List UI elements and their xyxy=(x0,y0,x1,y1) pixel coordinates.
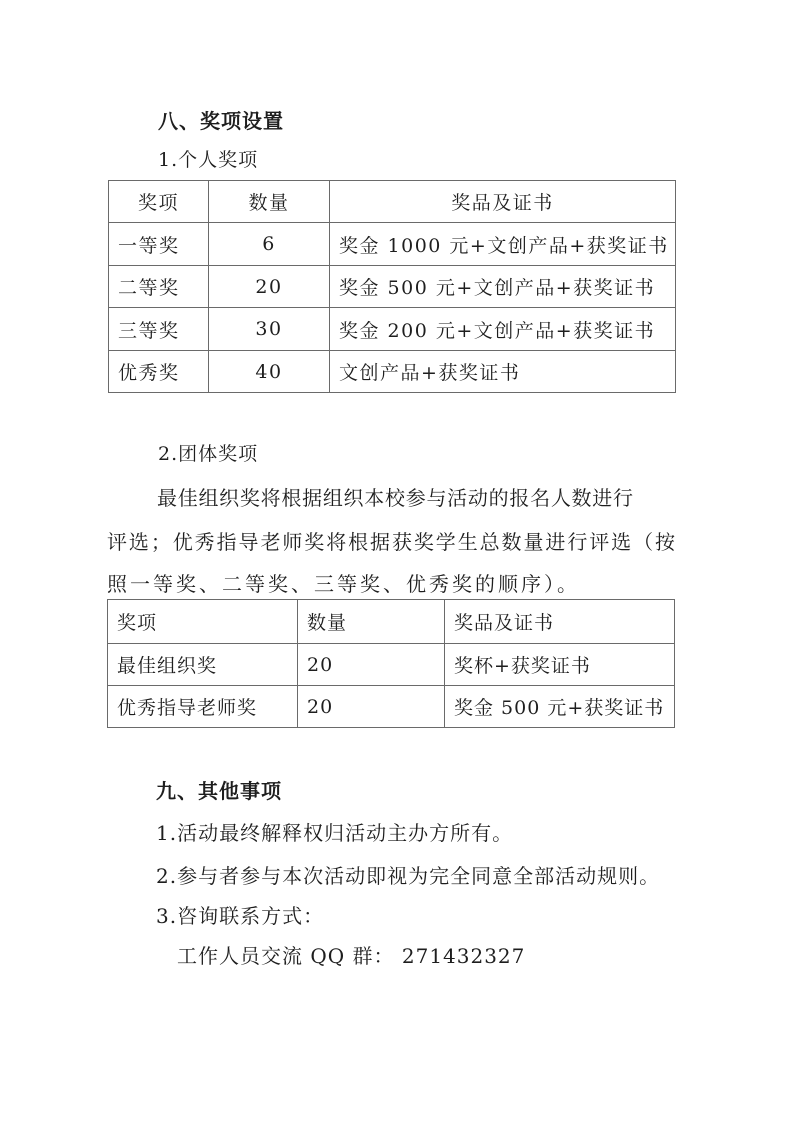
header-cell-award: 奖项 xyxy=(108,600,298,644)
cell-prize: 奖金 500 元+文创产品+获奖证书 xyxy=(330,266,676,308)
contact-qq-group: 工作人员交流 QQ 群： 271432327 xyxy=(177,940,525,969)
group-awards-table: 奖项 数量 奖品及证书 最佳组织奖 20 奖杯+获奖证书 优秀指导老师奖 20 … xyxy=(107,599,675,728)
cell-award: 优秀奖 xyxy=(109,351,209,393)
cell-award: 二等奖 xyxy=(109,266,209,308)
other-item-2: 2.参与者参与本次活动即视为完全同意全部活动规则。 xyxy=(156,860,660,889)
table-row: 优秀指导老师奖 20 奖金 500 元+获奖证书 xyxy=(108,686,675,728)
group-awards-paragraph-line-3: 照一等奖、二等奖、三等奖、优秀奖的顺序）。 xyxy=(107,568,580,597)
group-awards-paragraph-line-1: 最佳组织奖将根据组织本校参与活动的报名人数进行 xyxy=(157,482,633,511)
cell-prize: 奖金 200 元+文创产品+获奖证书 xyxy=(330,308,676,351)
section-9-heading: 九、其他事项 xyxy=(156,775,282,804)
header-cell-award: 奖项 xyxy=(109,181,209,223)
cell-quantity: 20 xyxy=(298,644,445,686)
group-awards-paragraph-line-2: 评选；优秀指导老师奖将根据获奖学生总数量进行评选（按 xyxy=(107,526,675,555)
table-row: 三等奖 30 奖金 200 元+文创产品+获奖证书 xyxy=(109,308,676,351)
table-row: 二等奖 20 奖金 500 元+文创产品+获奖证书 xyxy=(109,266,676,308)
cell-prize: 奖金 1000 元+文创产品+获奖证书 xyxy=(330,223,676,266)
section-8-heading: 八、奖项设置 xyxy=(158,105,284,134)
cell-quantity: 30 xyxy=(209,308,330,351)
other-item-3: 3.咨询联系方式： xyxy=(156,900,324,929)
table-header-row: 奖项 数量 奖品及证书 xyxy=(109,181,676,223)
table-header-row: 奖项 数量 奖品及证书 xyxy=(108,600,675,644)
header-cell-quantity: 数量 xyxy=(298,600,445,644)
cell-award: 一等奖 xyxy=(109,223,209,266)
table-row: 优秀奖 40 文创产品+获奖证书 xyxy=(109,351,676,393)
header-cell-prize: 奖品及证书 xyxy=(330,181,676,223)
cell-award: 最佳组织奖 xyxy=(108,644,298,686)
cell-prize: 奖金 500 元+获奖证书 xyxy=(445,686,675,728)
cell-quantity: 40 xyxy=(209,351,330,393)
other-item-1: 1.活动最终解释权归活动主办方所有。 xyxy=(156,817,513,846)
cell-quantity: 6 xyxy=(209,223,330,266)
table-row: 最佳组织奖 20 奖杯+获奖证书 xyxy=(108,644,675,686)
table-row: 一等奖 6 奖金 1000 元+文创产品+获奖证书 xyxy=(109,223,676,266)
cell-prize: 奖杯+获奖证书 xyxy=(445,644,675,686)
individual-awards-title: 1.个人奖项 xyxy=(158,145,258,172)
individual-awards-table: 奖项 数量 奖品及证书 一等奖 6 奖金 1000 元+文创产品+获奖证书 二等… xyxy=(108,180,676,393)
cell-quantity: 20 xyxy=(298,686,445,728)
header-cell-quantity: 数量 xyxy=(209,181,330,223)
cell-award: 三等奖 xyxy=(109,308,209,351)
cell-award: 优秀指导老师奖 xyxy=(108,686,298,728)
header-cell-prize: 奖品及证书 xyxy=(445,600,675,644)
cell-quantity: 20 xyxy=(209,266,330,308)
group-awards-title: 2.团体奖项 xyxy=(158,439,258,466)
cell-prize: 文创产品+获奖证书 xyxy=(330,351,676,393)
